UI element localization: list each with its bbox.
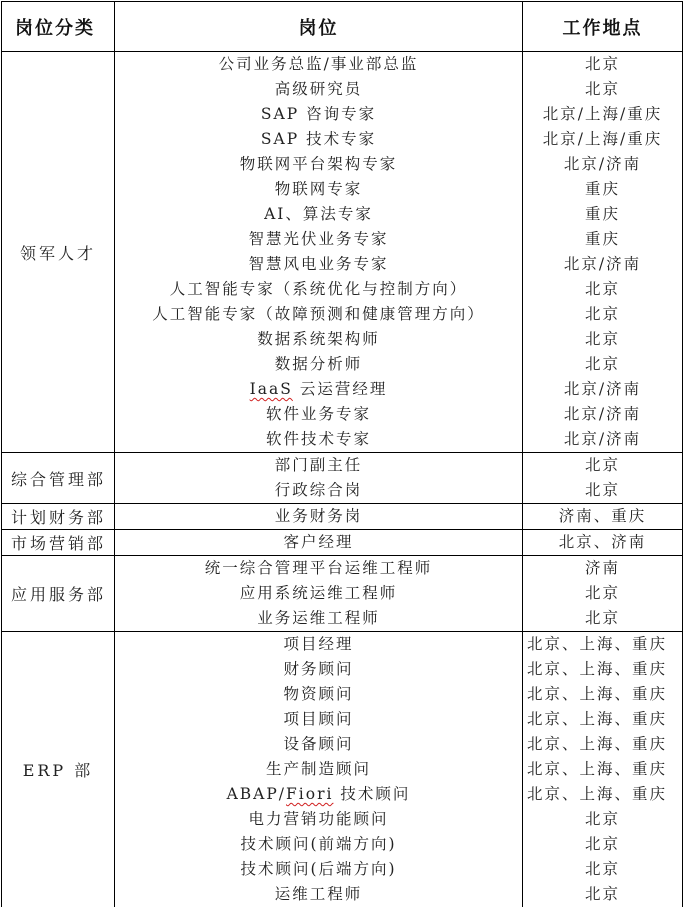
position-label: 统一综合管理平台运维工程师 — [205, 559, 433, 577]
position-item: SAP 咨询专家 — [115, 102, 522, 127]
position-label: 人工智能专家（故障预测和健康管理方向） — [152, 305, 485, 323]
group-row: 计划财务部业务财务岗济南、重庆 — [2, 504, 683, 530]
location-cell: 北京、上海、重庆北京、上海、重庆北京、上海、重庆北京、上海、重庆北京、上海、重庆… — [523, 632, 683, 907]
position-label: 客户经理 — [283, 533, 353, 551]
position-prefix: IaaS — [250, 380, 293, 398]
category-cell: 计划财务部 — [2, 504, 115, 530]
position-item: 智慧光伏业务专家 — [115, 227, 522, 252]
position-label: 业务运维工程师 — [257, 609, 380, 627]
position-label: 部门副主任 — [275, 456, 363, 474]
header-category: 岗位分类 — [2, 2, 115, 52]
position-label: 数据系统架构师 — [257, 330, 380, 348]
location-cell: 北京北京北京/上海/重庆北京/上海/重庆北京/济南重庆重庆重庆北京/济南北京北京… — [523, 52, 683, 453]
position-label: 物联网专家 — [275, 180, 363, 198]
position-item: 数据分析师 — [115, 352, 522, 377]
position-label: 软件技术专家 — [266, 430, 371, 448]
position-label: 高级研究员 — [275, 80, 363, 98]
position-item: IaaS 云运营经理 — [115, 377, 522, 402]
position-item: AI、算法专家 — [115, 202, 522, 227]
location-item: 北京、上海、重庆 — [523, 757, 682, 782]
position-item: 软件技术专家 — [115, 427, 522, 452]
position-item: 智慧风电业务专家 — [115, 252, 522, 277]
position-cell: 项目经理财务顾问物资顾问项目顾问设备顾问生产制造顾问ABAP/Fiori 技术顾… — [115, 632, 523, 907]
location-item: 北京/济南 — [523, 427, 682, 452]
location-item: 北京 — [523, 277, 682, 302]
location-cell: 北京、济南 — [523, 530, 683, 556]
location-item: 北京/济南 — [523, 152, 682, 177]
header-position: 岗位 — [115, 2, 523, 52]
position-item: 技术顾问(前端方向) — [115, 832, 522, 857]
table-body: 领军人才公司业务总监/事业部总监高级研究员SAP 咨询专家SAP 技术专家物联网… — [2, 52, 683, 907]
location-item: 北京 — [523, 327, 682, 352]
position-label: 业务财务岗 — [275, 507, 363, 525]
position-label: 技术顾问(前端方向) — [240, 835, 396, 853]
position-cell: 统一综合管理平台运维工程师应用系统运维工程师业务运维工程师 — [115, 556, 523, 632]
position-label: 项目顾问 — [283, 710, 353, 728]
location-item: 北京 — [523, 606, 682, 631]
group-row: 领军人才公司业务总监/事业部总监高级研究员SAP 咨询专家SAP 技术专家物联网… — [2, 52, 683, 453]
location-item: 北京、上海、重庆 — [523, 707, 682, 732]
location-item: 北京、上海、重庆 — [523, 732, 682, 757]
header-location: 工作地点 — [523, 2, 683, 52]
position-label: 生产制造顾问 — [266, 760, 371, 778]
location-item: 重庆 — [523, 177, 682, 202]
location-cell: 济南、重庆 — [523, 504, 683, 530]
position-label: 人工智能专家（系统优化与控制方向） — [170, 280, 468, 298]
location-item: 北京 — [523, 857, 682, 882]
position-item: 物资顾问 — [115, 682, 522, 707]
category-cell: 应用服务部 — [2, 556, 115, 632]
position-item: 高级研究员 — [115, 77, 522, 102]
position-item: 设备顾问 — [115, 732, 522, 757]
position-item: 公司业务总监/事业部总监 — [115, 52, 522, 77]
location-item: 北京、上海、重庆 — [523, 782, 682, 807]
position-label: 项目经理 — [283, 635, 353, 653]
position-item: 行政综合岗 — [115, 478, 522, 503]
group-row: 应用服务部统一综合管理平台运维工程师应用系统运维工程师业务运维工程师济南北京北京 — [2, 556, 683, 632]
location-item: 济南 — [523, 556, 682, 581]
position-item: 电力营销功能顾问 — [115, 807, 522, 832]
position-item: 业务运维工程师 — [115, 606, 522, 631]
position-label: 运维工程师 — [275, 885, 363, 903]
location-item: 济南、重庆 — [523, 504, 682, 529]
position-label: 物联网平台架构专家 — [240, 155, 398, 173]
position-label: SAP 技术专家 — [261, 130, 376, 148]
header-row: 岗位分类 岗位 工作地点 — [2, 2, 683, 52]
location-item: 北京 — [523, 77, 682, 102]
group-row: ERP 部项目经理财务顾问物资顾问项目顾问设备顾问生产制造顾问ABAP/Fior… — [2, 632, 683, 907]
position-item: 软件业务专家 — [115, 402, 522, 427]
job-positions-table: 岗位分类 岗位 工作地点 领军人才公司业务总监/事业部总监高级研究员SAP 咨询… — [1, 1, 683, 907]
position-cell: 公司业务总监/事业部总监高级研究员SAP 咨询专家SAP 技术专家物联网平台架构… — [115, 52, 523, 453]
position-label: 技术顾问 — [333, 785, 410, 803]
position-item: 财务顾问 — [115, 657, 522, 682]
position-item: 统一综合管理平台运维工程师 — [115, 556, 522, 581]
location-item: 北京 — [523, 352, 682, 377]
position-item: 技术顾问(后端方向) — [115, 857, 522, 882]
location-item: 重庆 — [523, 227, 682, 252]
position-label: 物资顾问 — [283, 685, 353, 703]
position-label: 智慧光伏业务专家 — [248, 230, 388, 248]
position-item: 人工智能专家（系统优化与控制方向） — [115, 277, 522, 302]
category-cell: ERP 部 — [2, 632, 115, 907]
location-item: 北京/上海/重庆 — [523, 102, 682, 127]
location-item: 北京、上海、重庆 — [523, 632, 682, 657]
location-cell: 北京北京 — [523, 453, 683, 504]
position-label: SAP 咨询专家 — [261, 105, 376, 123]
location-item: 北京 — [523, 453, 682, 478]
category-cell: 领军人才 — [2, 52, 115, 453]
location-item: 北京 — [523, 478, 682, 503]
position-item: SAP 技术专家 — [115, 127, 522, 152]
location-item: 北京 — [523, 882, 682, 907]
position-item: 业务财务岗 — [115, 504, 522, 529]
location-item: 北京 — [523, 302, 682, 327]
group-row: 市场营销部客户经理北京、济南 — [2, 530, 683, 556]
position-item: 物联网平台架构专家 — [115, 152, 522, 177]
position-item: 客户经理 — [115, 530, 522, 555]
position-label: 财务顾问 — [283, 660, 353, 678]
location-item: 北京/济南 — [523, 252, 682, 277]
location-item: 北京 — [523, 52, 682, 77]
position-item: 项目顾问 — [115, 707, 522, 732]
position-label: 软件业务专家 — [266, 405, 371, 423]
position-spellcheck-word: Fiori — [286, 785, 333, 803]
position-cell: 业务财务岗 — [115, 504, 523, 530]
location-item: 重庆 — [523, 202, 682, 227]
location-cell: 济南北京北京 — [523, 556, 683, 632]
position-label: 电力营销功能顾问 — [248, 810, 388, 828]
position-cell: 客户经理 — [115, 530, 523, 556]
position-label: 技术顾问(后端方向) — [240, 860, 396, 878]
position-item: 人工智能专家（故障预测和健康管理方向） — [115, 302, 522, 327]
position-label: 行政综合岗 — [275, 481, 363, 499]
position-item: 部门副主任 — [115, 453, 522, 478]
position-cell: 部门副主任行政综合岗 — [115, 453, 523, 504]
category-cell: 综合管理部 — [2, 453, 115, 504]
position-label: AI、算法专家 — [264, 205, 373, 223]
location-item: 北京、济南 — [523, 530, 682, 555]
position-item: 项目经理 — [115, 632, 522, 657]
position-label: 云运营经理 — [293, 380, 387, 398]
location-item: 北京 — [523, 581, 682, 606]
position-item: 数据系统架构师 — [115, 327, 522, 352]
position-item: 应用系统运维工程师 — [115, 581, 522, 606]
position-label: 公司业务总监/事业部总监 — [219, 55, 419, 73]
position-label: 智慧风电业务专家 — [248, 255, 388, 273]
location-item: 北京 — [523, 807, 682, 832]
position-item: 生产制造顾问 — [115, 757, 522, 782]
location-item: 北京、上海、重庆 — [523, 657, 682, 682]
location-item: 北京、上海、重庆 — [523, 682, 682, 707]
location-item: 北京/济南 — [523, 402, 682, 427]
location-item: 北京 — [523, 832, 682, 857]
position-item: ABAP/Fiori 技术顾问 — [115, 782, 522, 807]
location-item: 北京/济南 — [523, 377, 682, 402]
position-label: 应用系统运维工程师 — [240, 584, 398, 602]
position-item: 物联网专家 — [115, 177, 522, 202]
location-item: 北京/上海/重庆 — [523, 127, 682, 152]
category-cell: 市场营销部 — [2, 530, 115, 556]
group-row: 综合管理部部门副主任行政综合岗北京北京 — [2, 453, 683, 504]
position-item: 运维工程师 — [115, 882, 522, 907]
position-label: 数据分析师 — [275, 355, 363, 373]
position-prefix: ABAP/ — [227, 785, 286, 803]
position-label: 设备顾问 — [283, 735, 353, 753]
